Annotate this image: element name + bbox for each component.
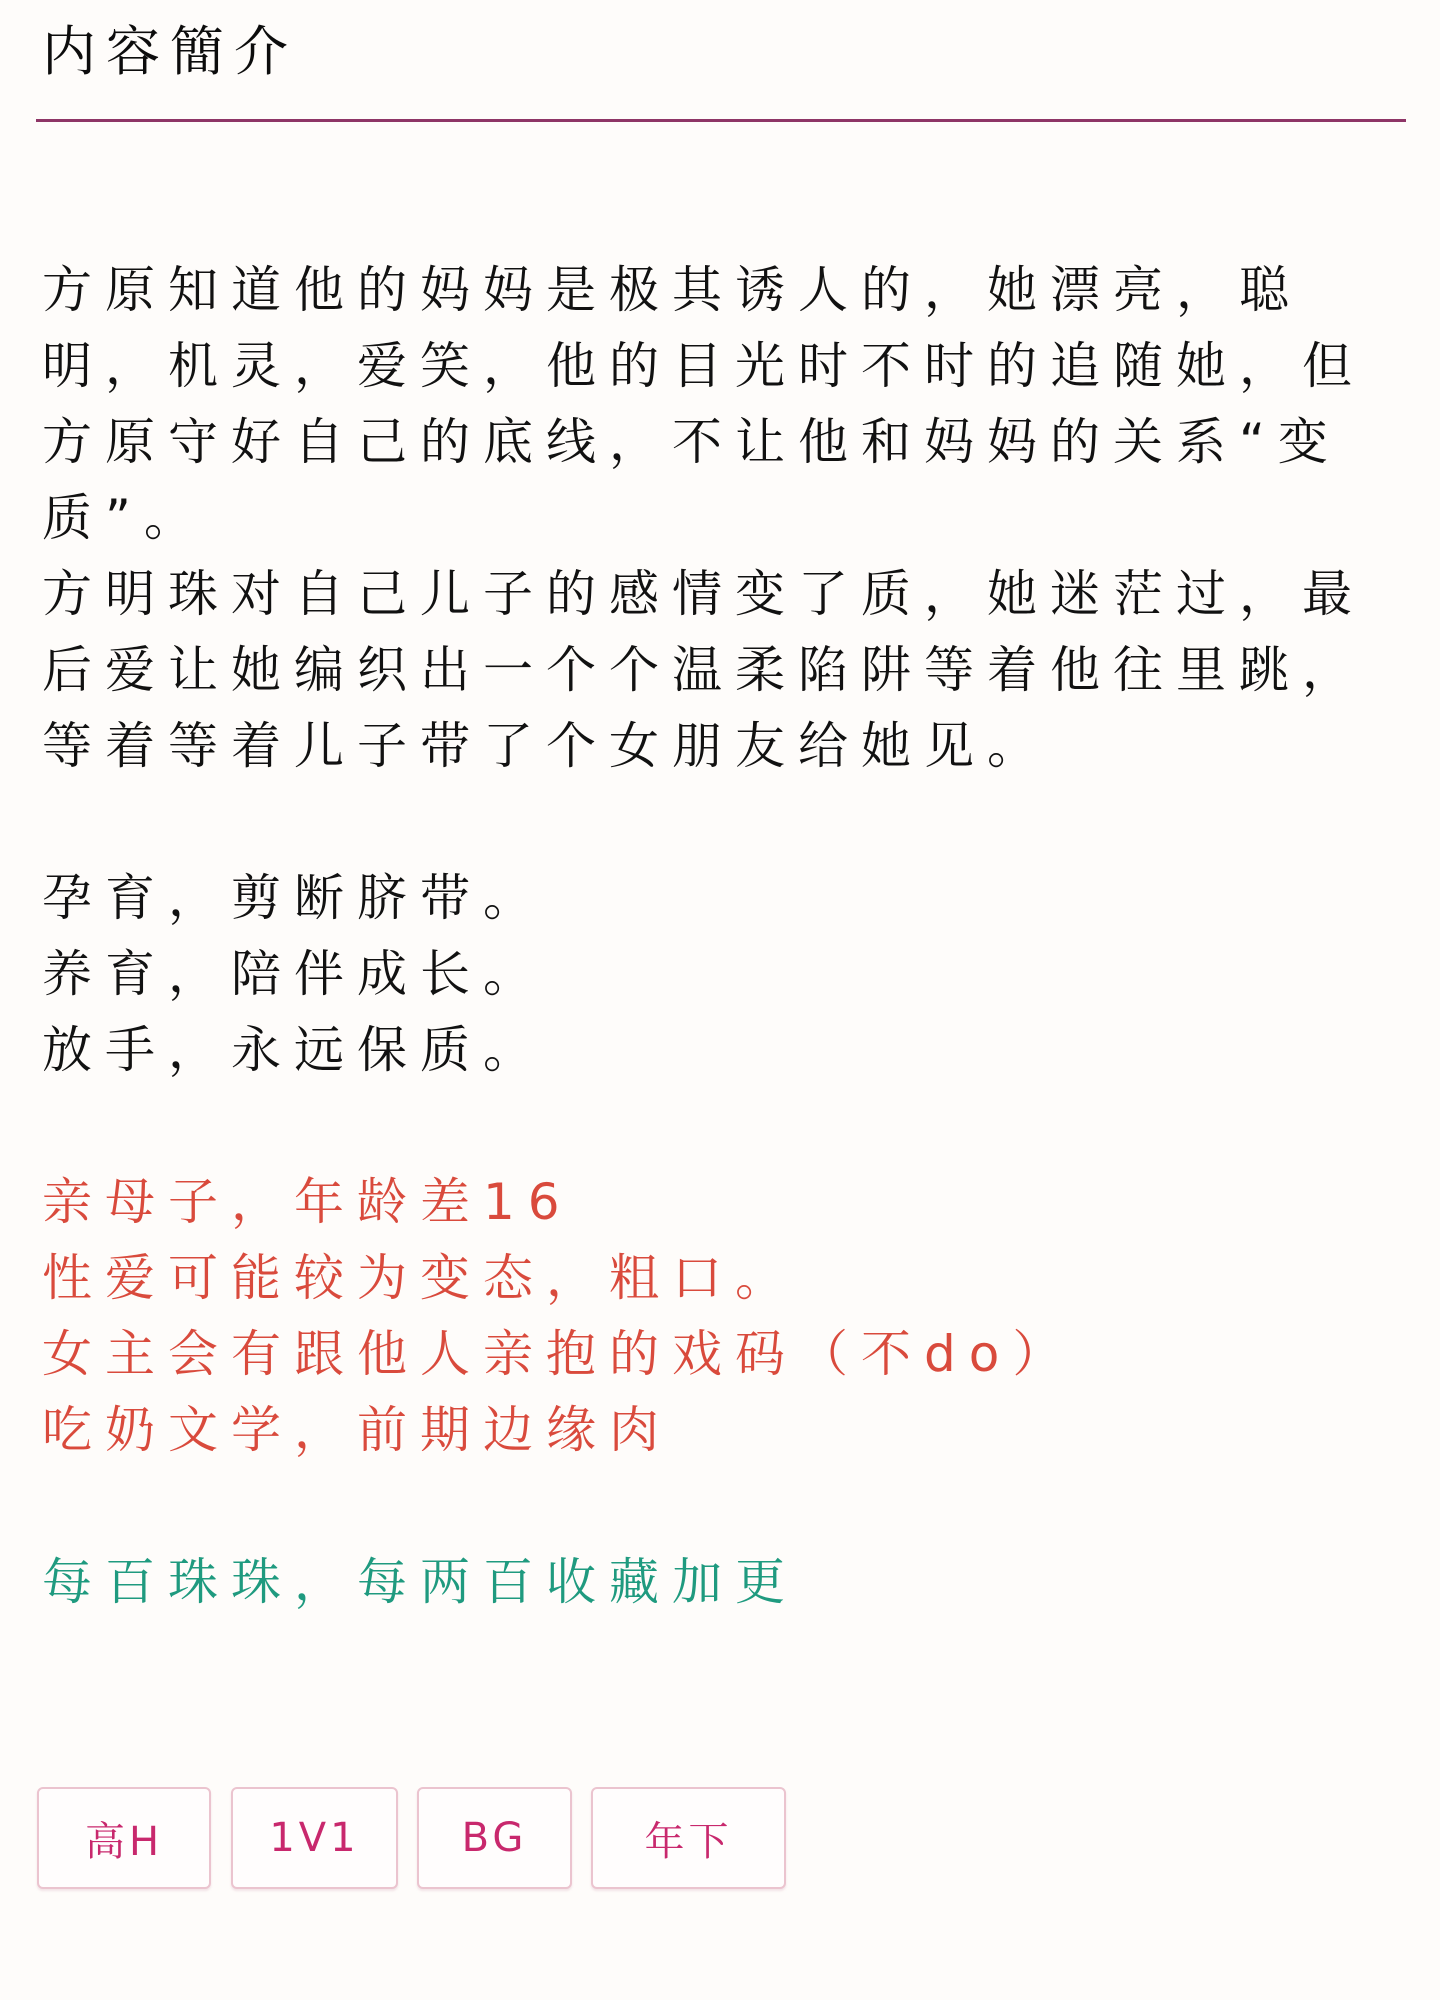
warning-line: 女主会有跟他人亲抱的戏码（不do） [42, 1316, 1382, 1392]
synopsis-paragraph: 方原知道他的妈妈是极其诱人的，她漂亮，聪 明，机灵，爱笑，他的目光时不时的追随她… [42, 252, 1382, 784]
warnings-block: 亲母子，年龄差16 性爱可能较为变态，粗口。 女主会有跟他人亲抱的戏码（不do）… [42, 1164, 1382, 1468]
stage-line: 放手，永远保质。 [42, 1012, 1382, 1088]
page-title: 内容簡介 [42, 14, 298, 90]
title-divider [36, 119, 1406, 122]
spacer [42, 1088, 1382, 1164]
stages-block: 孕育，剪断脐带。 养育，陪伴成长。 放手，永远保质。 [42, 860, 1382, 1088]
synopsis-content: 方原知道他的妈妈是极其诱人的，她漂亮，聪 明，机灵，爱笑，他的目光时不时的追随她… [42, 252, 1382, 1620]
update-note: 每百珠珠，每两百收藏加更 [42, 1544, 1382, 1620]
tag-1v1[interactable]: 1V1 [231, 1787, 398, 1889]
synopsis-line: 方明珠对自己儿子的感情变了质，她迷茫过，最 [42, 556, 1382, 632]
spacer [42, 784, 1382, 860]
warning-line: 性爱可能较为变态，粗口。 [42, 1240, 1382, 1316]
synopsis-line: 方原守好自己的底线，不让他和妈妈的关系“变 [42, 404, 1382, 480]
stage-line: 养育，陪伴成长。 [42, 936, 1382, 1012]
synopsis-line: 质”。 [42, 480, 1382, 556]
synopsis-line: 方原知道他的妈妈是极其诱人的，她漂亮，聪 [42, 252, 1382, 328]
stage-line: 孕育，剪断脐带。 [42, 860, 1382, 936]
warning-line: 亲母子，年龄差16 [42, 1164, 1382, 1240]
spacer [42, 1468, 1382, 1544]
update-note-block: 每百珠珠，每两百收藏加更 [42, 1544, 1382, 1620]
warning-line: 吃奶文学，前期边缘肉 [42, 1392, 1382, 1468]
synopsis-line: 等着等着儿子带了个女朋友给她见。 [42, 708, 1382, 784]
synopsis-line: 明，机灵，爱笑，他的目光时不时的追随她，但 [42, 328, 1382, 404]
tag-bg[interactable]: BG [417, 1787, 572, 1889]
synopsis-line: 后爱让她编织出一个个温柔陷阱等着他往里跳， [42, 632, 1382, 708]
tag-high-h[interactable]: 高H [37, 1787, 211, 1889]
tag-younger-male[interactable]: 年下 [591, 1787, 786, 1889]
